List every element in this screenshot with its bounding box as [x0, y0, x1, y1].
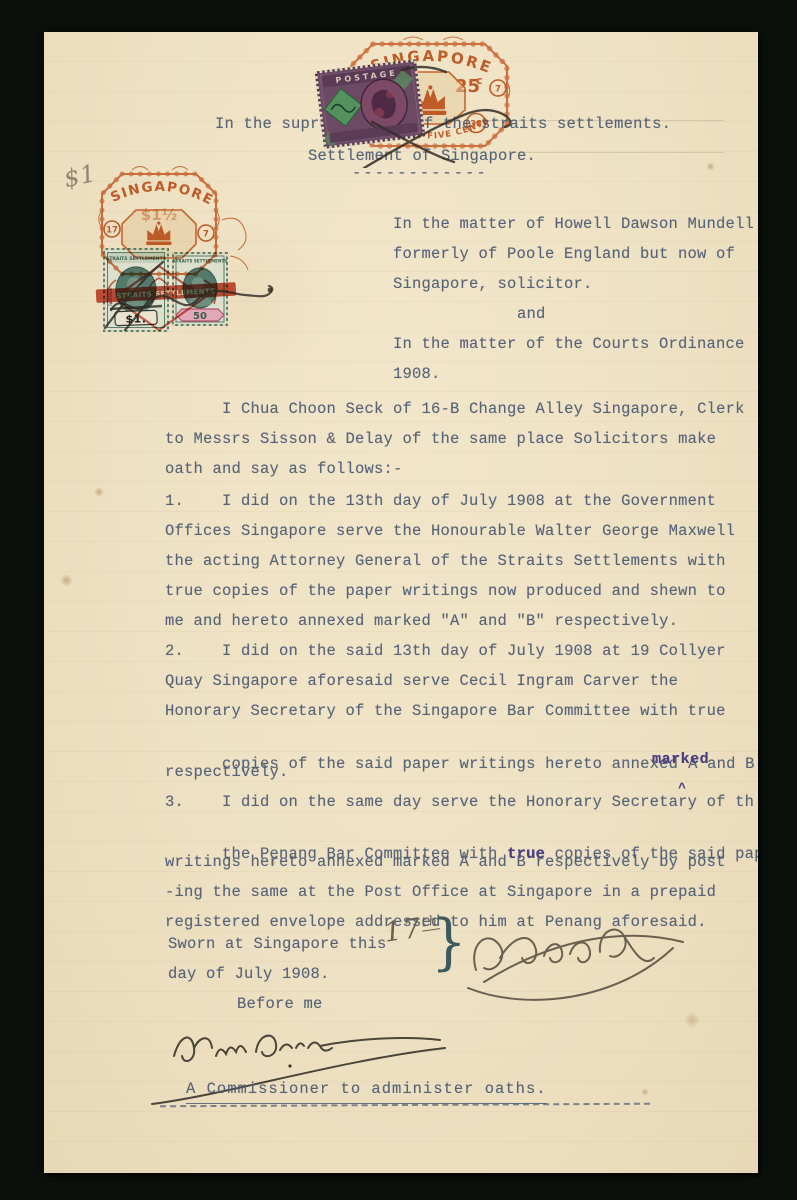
foxing-spot [60, 574, 73, 587]
affidavit-line: respectively. [165, 761, 289, 783]
affidavit-line: to Messrs Sisson & Delay of the same pla… [165, 428, 716, 450]
affidavit-line: true copies of the paper writings now pr… [165, 580, 726, 602]
affidavit-line: oath and say as follows:- [165, 458, 403, 480]
svg-text:SINGAPORE: SINGAPORE [108, 179, 216, 209]
commissioner-title: A Commissioner to administer oaths. [186, 1078, 547, 1104]
annexed-prefix: copies of the said paper writings hereto… [222, 755, 678, 773]
affidavit-line: 1. I did on the 13th day of July 1908 at… [165, 490, 716, 512]
affidavit-line: -ing the same at the Post Office at Sing… [165, 881, 716, 903]
matter-line: formerly of Poole England but now of [393, 243, 735, 265]
affidavit-line: writings hereto annexed marked A and B r… [165, 851, 726, 873]
affidavit-line: me and hereto annexed marked "A" and "B"… [165, 610, 678, 632]
affidavit-line: Quay Singapore aforesaid serve Cecil Ing… [165, 670, 678, 692]
foxing-spot [94, 487, 104, 497]
stamp-circle-number: 17 [106, 226, 118, 236]
jurat-date-line: day of July 1908. [168, 963, 330, 985]
affidavit-line: 2. I did on the said 13th day of July 19… [165, 640, 726, 662]
matter-line: In the matter of Howell Dawson Mundell [393, 213, 754, 235]
pen-cancellation [93, 248, 293, 348]
affidavit-line: the acting Attorney General of the Strai… [165, 550, 726, 572]
foxing-spot [641, 1088, 649, 1096]
deponent-signature [448, 908, 698, 1018]
day-number: 17 [382, 913, 424, 949]
pencil-guide-line [514, 152, 724, 153]
foxing-spot [706, 162, 715, 171]
affidavit-line: Honorary Secretary of the Singapore Bar … [165, 700, 726, 722]
matter-line: Singapore, solicitor. [393, 273, 593, 295]
stamp-circle-number: 7 [203, 230, 209, 240]
matter-line: and [517, 303, 546, 325]
stamp-country: SINGAPORE [108, 179, 216, 209]
pen-cancellation [304, 58, 519, 168]
matter-line: In the matter of the Courts Ordinance [393, 333, 745, 355]
document-photo: $1 STRAITS SETTLEMENTS POSTAGE $1. STRAI… [0, 0, 797, 1200]
affidavit-line: 3. I did on the same day serve the Honor… [165, 791, 754, 813]
interlineated-word: marked [652, 749, 709, 771]
matter-line: 1908. [393, 363, 441, 385]
affidavit-paper: $1 STRAITS SETTLEMENTS POSTAGE $1. STRAI… [44, 32, 758, 1173]
affidavit-line: Offices Singapore serve the Honourable W… [165, 520, 735, 542]
affidavit-line: I Chua Choon Seck of 16-B Change Alley S… [165, 398, 745, 420]
jurat-sworn-line: Sworn at Singapore this [168, 933, 387, 955]
